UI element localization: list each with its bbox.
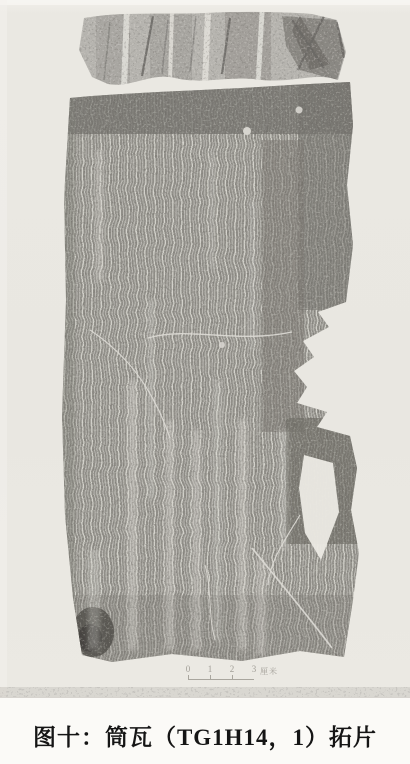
figure-photo: 0 1 2 3 厘米 <box>0 0 410 698</box>
scale-tick-label-0: 0 <box>186 664 191 674</box>
scale-unit-label: 厘米 <box>260 666 278 677</box>
photo-bottom-edge-strip <box>0 687 410 698</box>
report-page: 0 1 2 3 厘米 图十：筒瓦（TG1H14，1）拓片 <box>0 0 410 764</box>
rubbing-tile-body <box>56 76 368 672</box>
rubbing-artwork <box>0 0 410 698</box>
figure-caption: 图十：筒瓦（TG1H14，1）拓片 <box>0 721 410 755</box>
scale-tick-label-2: 2 <box>230 664 235 674</box>
photo-left-edge <box>0 0 7 698</box>
scale-tick-label-1: 1 <box>208 664 213 674</box>
scale-rule <box>188 675 254 680</box>
scale-bar: 0 1 2 3 厘米 <box>184 664 284 682</box>
scale-tick-label-3: 3 <box>252 664 257 674</box>
photo-top-edge <box>0 0 410 5</box>
rubbing-top-fragment <box>70 5 360 95</box>
